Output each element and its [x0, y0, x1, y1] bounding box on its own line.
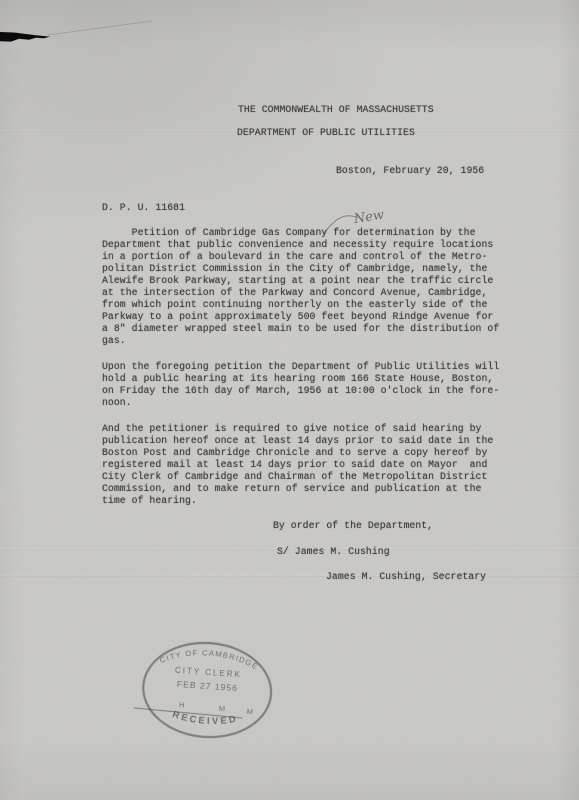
stamp-minute-label: M [219, 704, 226, 713]
stamp-received-arc: RECEIVED [171, 708, 240, 728]
petition-paragraph: Petition of Cambridge Gas Company for de… [102, 227, 499, 347]
commonwealth-title: THE COMMONWEALTH OF MASSACHUSETTS [238, 104, 434, 116]
scanned-document-page: THE COMMONWEALTH OF MASSACHUSETTS DEPART… [0, 0, 579, 800]
stamp-date-line: FEB 27 1956 [177, 679, 239, 693]
stamp-office-line: CITY CLERK [175, 666, 242, 680]
received-stamp: CITY OF CAMBRIDGE CITY CLERK FEB 27 1956… [128, 630, 286, 755]
secretary-line: James M. Cushing, Secretary [326, 571, 486, 583]
notice-paragraph: And the petitioner is required to give n… [102, 423, 493, 507]
hearing-paragraph: Upon the foregoing petition the Departme… [102, 361, 499, 409]
signature-line: S/ James M. Cushing [277, 546, 390, 558]
svg-text:New: New [352, 208, 385, 228]
docket-number: D. P. U. 11681 [102, 202, 185, 214]
department-title: DEPARTMENT OF PUBLIC UTILITIES [237, 127, 415, 139]
scan-artifact-blob [0, 0, 200, 60]
paper-crease [0, 575, 579, 577]
stamp-meridiem-label: M [246, 707, 253, 716]
by-order-line: By order of the Department, [273, 520, 433, 532]
dateline: Boston, February 20, 1956 [336, 165, 484, 177]
stamp-hour-label: H [179, 700, 185, 709]
